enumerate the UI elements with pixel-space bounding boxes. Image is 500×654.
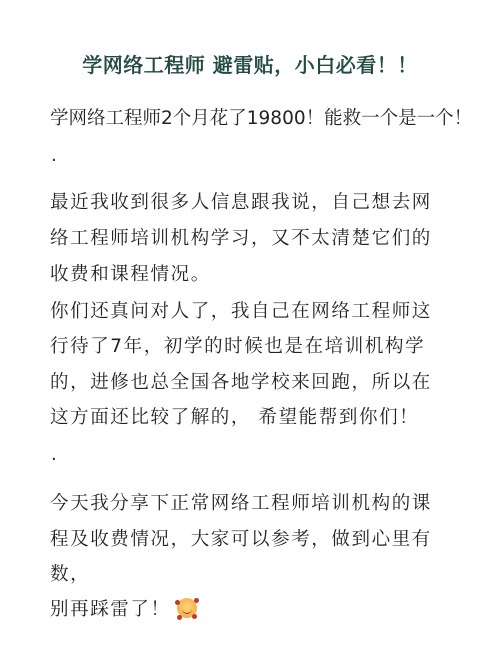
paragraph-3-line: 数， (50, 563, 90, 587)
paragraph-1-line: 收费和课程情况。 (50, 263, 211, 287)
paragraph-2-line: 这方面还比较了解的， 希望能帮到你们！ (50, 406, 419, 430)
separator-dot: · (51, 150, 57, 171)
paragraph-3-last-line: 别再踩雷了！ (50, 598, 197, 622)
paragraph-2-line: 的，进修也总全国各地学校来回跑，所以在 (50, 371, 432, 395)
paragraph-3-line: 程及收费情况，大家可以参考，做到心里有 (50, 528, 432, 552)
paragraph-3-line: 今天我分享下正常网络工程师培训机构的课 (50, 492, 432, 516)
closing-text: 别再踩雷了！ (50, 599, 171, 620)
paragraph-2-line: 行待了7年，初学的时候也是在培训机构学 (50, 335, 425, 359)
separator-dot: · (51, 449, 57, 470)
post-title: 学网络工程师 避雷贴，小白必看！！ (0, 49, 500, 78)
paragraph-1-line: 络工程师培训机构学习，又不太清楚它们的 (50, 227, 432, 251)
intro-line: 学网络工程师2个月花了19800！能救一个是一个！ (50, 107, 472, 131)
paragraph-1-line: 最近我收到很多人信息跟我说，自己想去网 (50, 191, 432, 215)
paragraph-2-line: 你们还真问对人了，我自己在网络工程师这 (50, 300, 432, 324)
smiling-face-with-hearts-icon (177, 598, 197, 618)
